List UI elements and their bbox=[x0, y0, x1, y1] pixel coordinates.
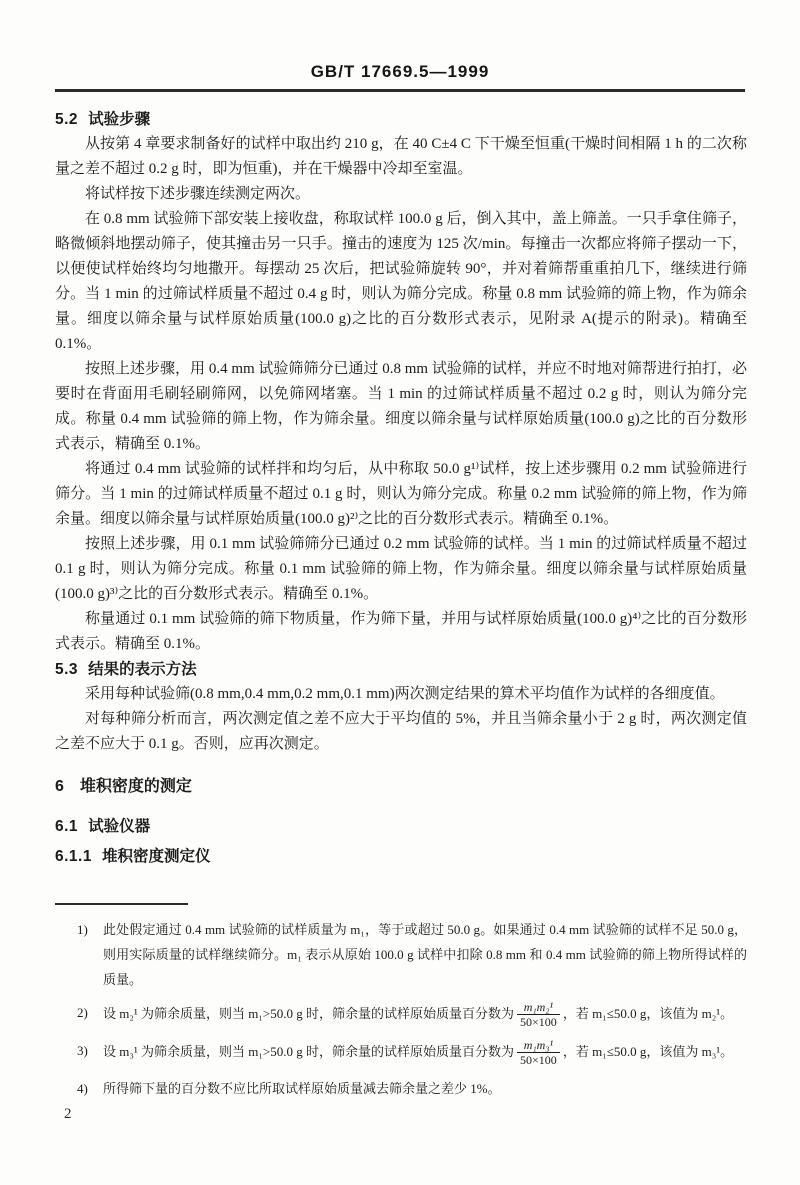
fraction: m₁m₂¹50×100 bbox=[517, 1000, 560, 1030]
footnote-1: 1) 此处假定通过 0.4 mm 试验筛的试样质量为 m₁，等于或超过 50.0… bbox=[55, 917, 747, 992]
header-divider bbox=[55, 89, 745, 92]
footnote-4: 4) 所得筛下量的百分数不应比所取试样原始质量减去筛余量之差少 1%。 bbox=[55, 1076, 747, 1101]
heading-6-1: 6.1试验仪器 bbox=[55, 814, 747, 839]
footnote-marker: 4) bbox=[77, 1076, 103, 1101]
paragraph: 按照上述步骤，用 0.4 mm 试验筛筛分已通过 0.8 mm 试验筛的试样，并… bbox=[55, 357, 747, 457]
paragraph: 将试样按下述步骤连续测定两次。 bbox=[55, 182, 747, 207]
heading-5-2: 5.2试验步骤 bbox=[55, 107, 747, 132]
footnote-text: 设 m₃¹ 为筛余质量，则当 m₁>50.0 g 时，筛余量的试样原始质量百分数… bbox=[103, 1038, 747, 1068]
footnotes: 1) 此处假定通过 0.4 mm 试验筛的试样质量为 m₁，等于或超过 50.0… bbox=[55, 903, 747, 1109]
heading-number: 5.3 bbox=[55, 661, 78, 678]
footnote-text-post: ，若 m₁≤50.0 g，该值为 m₂¹。 bbox=[563, 1006, 733, 1021]
heading-title: 堆积密度的测定 bbox=[80, 778, 192, 795]
heading-number: 6.1 bbox=[55, 818, 78, 835]
footnote-marker: 2) bbox=[77, 1000, 103, 1030]
footnote-2: 2) 设 m₂¹ 为筛余质量，则当 m₁>50.0 g 时，筛余量的试样原始质量… bbox=[55, 1000, 747, 1030]
heading-title: 试验步骤 bbox=[88, 111, 150, 128]
paragraph: 采用每种试验筛(0.8 mm,0.4 mm,0.2 mm,0.1 mm)两次测定… bbox=[55, 682, 747, 707]
paragraph: 将通过 0.4 mm 试验筛的试样拌和均匀后，从中称取 50.0 g¹⁾试样，按… bbox=[55, 457, 747, 532]
footnote-marker: 3) bbox=[77, 1038, 103, 1068]
heading-title: 结果的表示方法 bbox=[88, 661, 197, 678]
footnote-text: 设 m₂¹ 为筛余质量，则当 m₁>50.0 g 时，筛余量的试样原始质量百分数… bbox=[103, 1000, 747, 1030]
document-body: 5.2试验步骤 从按第 4 章要求制备好的试样中取出约 210 g，在 40 C… bbox=[55, 107, 747, 869]
fraction-numerator: m₁m₃¹ bbox=[517, 1038, 560, 1053]
page-number: 2 bbox=[64, 1106, 72, 1123]
footnote-text-post: ，若 m₁≤50.0 g，该值为 m₃¹。 bbox=[563, 1044, 733, 1059]
footnote-divider bbox=[55, 903, 188, 905]
paragraph: 从按第 4 章要求制备好的试样中取出约 210 g，在 40 C±4 C 下干燥… bbox=[55, 132, 747, 182]
heading-5-3: 5.3结果的表示方法 bbox=[55, 657, 747, 682]
document-page: GB/T 17669.5—1999 5.2试验步骤 从按第 4 章要求制备好的试… bbox=[0, 0, 800, 1185]
paragraph: 按照上述步骤，用 0.1 mm 试验筛筛分已通过 0.2 mm 试验筛的试样。当… bbox=[55, 532, 747, 607]
fraction-denominator: 50×100 bbox=[517, 1053, 560, 1067]
heading-number: 5.2 bbox=[55, 111, 78, 128]
footnote-text-pre: 设 m₂¹ 为筛余质量，则当 m₁>50.0 g 时，筛余量的试样原始质量百分数… bbox=[103, 1006, 514, 1021]
heading-number: 6.1.1 bbox=[55, 848, 92, 865]
footnote-text: 所得筛下量的百分数不应比所取试样原始质量减去筛余量之差少 1%。 bbox=[103, 1076, 747, 1101]
fraction-numerator: m₁m₂¹ bbox=[517, 1000, 560, 1015]
footnote-3: 3) 设 m₃¹ 为筛余质量，则当 m₁>50.0 g 时，筛余量的试样原始质量… bbox=[55, 1038, 747, 1068]
heading-number: 6 bbox=[55, 778, 64, 795]
fraction: m₁m₃¹50×100 bbox=[517, 1038, 560, 1068]
heading-title: 试验仪器 bbox=[88, 818, 150, 835]
heading-6-1-1: 6.1.1堆积密度测定仪 bbox=[55, 844, 747, 869]
standard-code: GB/T 17669.5—1999 bbox=[0, 62, 800, 82]
footnote-text-pre: 设 m₃¹ 为筛余质量，则当 m₁>50.0 g 时，筛余量的试样原始质量百分数… bbox=[103, 1044, 514, 1059]
heading-title: 堆积密度测定仪 bbox=[102, 848, 211, 865]
paragraph: 在 0.8 mm 试验筛下部安装上接收盘，称取试样 100.0 g 后，倒入其中… bbox=[55, 207, 747, 357]
heading-6: 6堆积密度的测定 bbox=[55, 774, 747, 799]
paragraph: 对每种筛分析而言，两次测定值之差不应大于平均值的 5%，并且当筛余量小于 2 g… bbox=[55, 707, 747, 757]
fraction-denominator: 50×100 bbox=[517, 1015, 560, 1029]
footnote-text: 此处假定通过 0.4 mm 试验筛的试样质量为 m₁，等于或超过 50.0 g。… bbox=[103, 917, 747, 992]
footnote-marker: 1) bbox=[77, 917, 103, 992]
paragraph: 称量通过 0.1 mm 试验筛的筛下物质量，作为筛下量，并用与试样原始质量(10… bbox=[55, 607, 747, 657]
